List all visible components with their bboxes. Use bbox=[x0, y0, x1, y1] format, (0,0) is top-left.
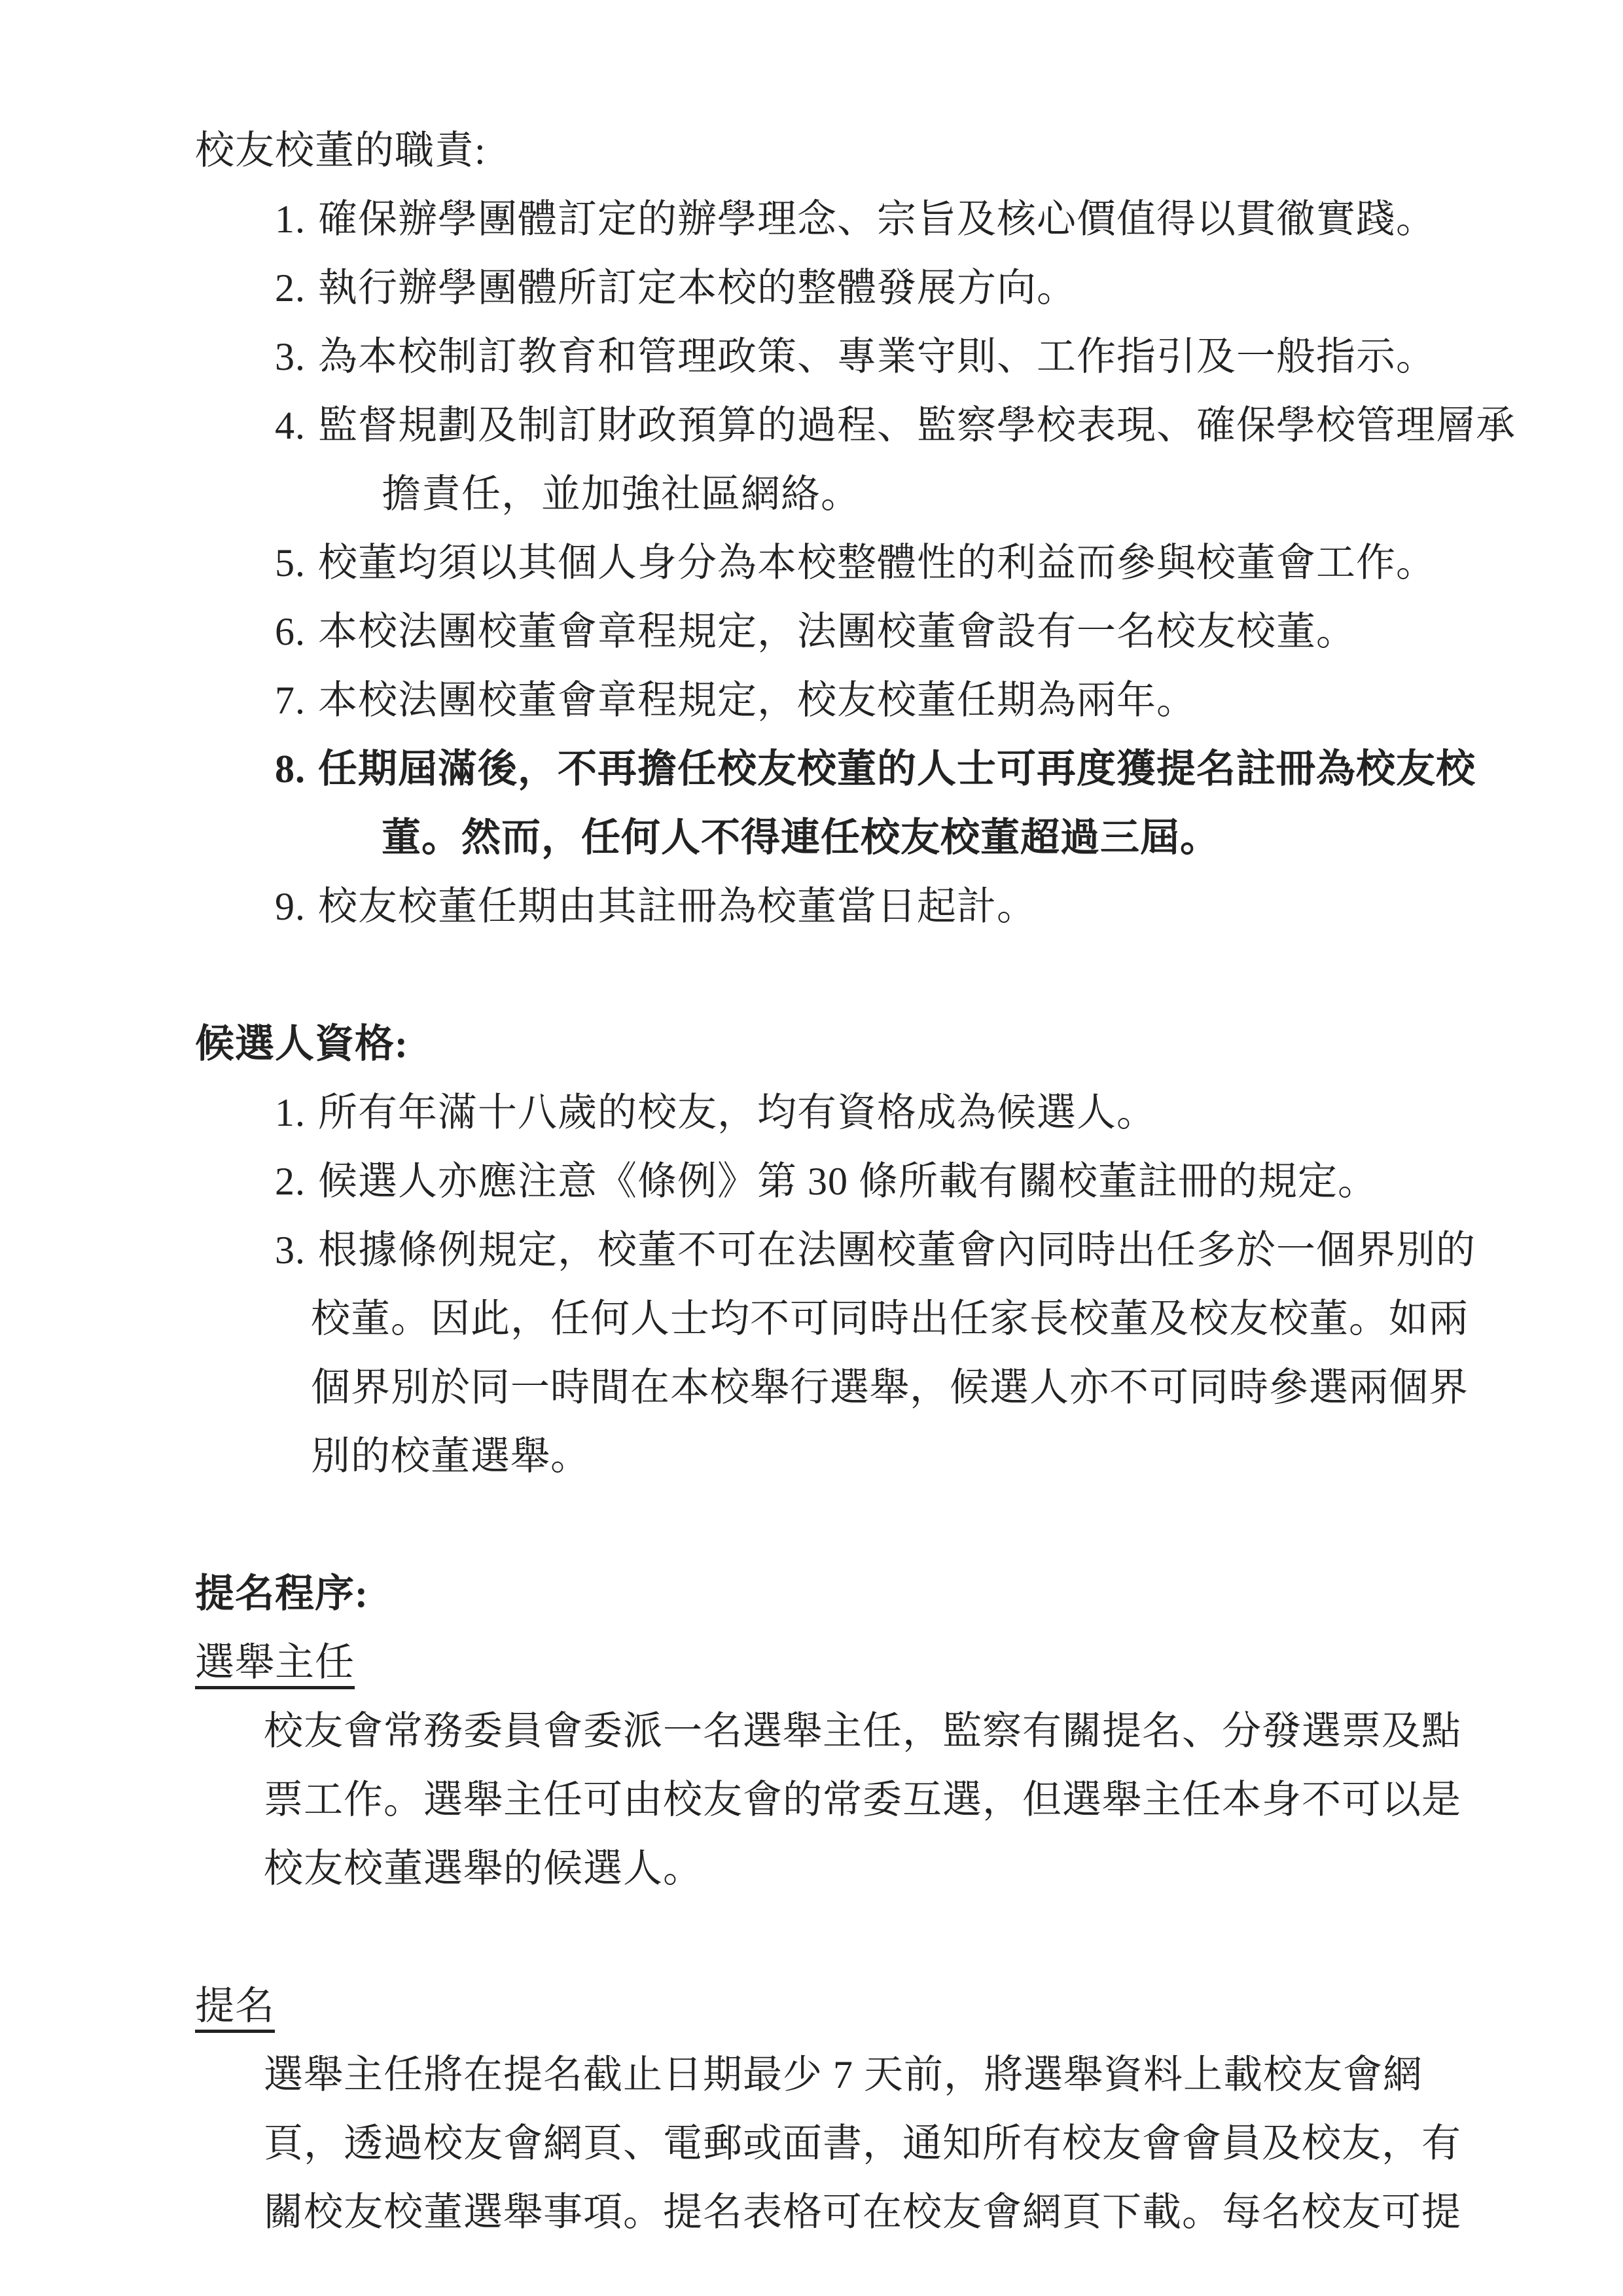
list-item: 8.任期屆滿後，不再擔任校友校董的人士可再度獲提名註冊為校友校 bbox=[275, 735, 1623, 804]
list-item: 9.校友校董任期由其註冊為校董當日起計。 bbox=[275, 872, 1623, 941]
returning-officer-paragraph: 校友會常務委員會委派一名選舉主任，監察有關提名、分發選票及點 票工作。選舉主任可… bbox=[0, 1697, 1623, 1903]
item-text: 本校法團校董會章程規定，法團校董會設有一名校友校董。 bbox=[318, 610, 1356, 653]
paragraph-line: 頁，透過校友會網頁、電郵或面書，通知所有校友會會員及校友，有 bbox=[264, 2109, 1623, 2178]
list-item-continuation: 董。然而，任何人不得連任校友校董超過三屆。 bbox=[382, 804, 1623, 872]
list-item: 6.本校法團校董會章程規定，法團校董會設有一名校友校董。 bbox=[275, 598, 1623, 666]
duties-list: 1.確保辦學團體訂定的辦學理念、宗旨及核心價值得以貫徹實踐。 2.執行辦學團體所… bbox=[0, 185, 1623, 941]
list-item: 2.執行辦學團體所訂定本校的整體發展方向。 bbox=[275, 254, 1623, 323]
list-item: 1.確保辦學團體訂定的辦學理念、宗旨及核心價值得以貫徹實踐。 bbox=[275, 185, 1623, 254]
nominate-paragraph: 選舉主任將在提名截止日期最少 7 天前，將選舉資料上載校友會網 頁，透過校友會網… bbox=[0, 2041, 1623, 2247]
blank-line bbox=[0, 1491, 1623, 1560]
item-text: 本校法團校董會章程規定，校友校董任期為兩年。 bbox=[318, 679, 1196, 722]
list-item: 3.為本校制訂教育和管理政策、專業守則、工作指引及一般指示。 bbox=[275, 323, 1623, 391]
list-item: 5.校董均須以其個人身分為本校整體性的利益而參與校董會工作。 bbox=[275, 529, 1623, 598]
eligibility-heading: 候選人資格: bbox=[195, 1010, 1623, 1079]
list-item: 7.本校法團校董會章程規定，校友校董任期為兩年。 bbox=[275, 666, 1623, 735]
list-item-continuation: 個界別於同一時間在本校舉行選舉，候選人亦不可同時參選兩個界 bbox=[311, 1354, 1623, 1422]
nomination-heading: 提名程序: bbox=[195, 1560, 1623, 1628]
list-item: 2.候選人亦應注意《條例》第 30 條所載有關校董註冊的規定。 bbox=[275, 1147, 1623, 1216]
list-item-continuation: 擔責任，並加強社區網絡。 bbox=[382, 460, 1623, 529]
list-item: 4.監督規劃及制訂財政預算的過程、監察學校表現、確保學校管理層承 bbox=[275, 391, 1623, 460]
item-number: 6. bbox=[275, 598, 318, 666]
list-item: 3.根據條例規定，校董不可在法團校董會內同時出任多於一個界別的 bbox=[275, 1216, 1623, 1285]
item-number: 8. bbox=[275, 735, 318, 804]
item-number: 7. bbox=[275, 666, 318, 735]
item-number: 2. bbox=[275, 254, 318, 323]
list-item-continuation: 校董。因此，任何人士均不可同時出任家長校董及校友校董。如兩 bbox=[311, 1285, 1623, 1354]
returning-officer-label: 選舉主任 bbox=[195, 1641, 355, 1684]
item-number: 1. bbox=[275, 185, 318, 254]
paragraph-line: 票工作。選舉主任可由校友會的常委互選，但選舉主任本身不可以是 bbox=[264, 1766, 1623, 1835]
document-page: 校友校董的職責: 1.確保辦學團體訂定的辦學理念、宗旨及核心價值得以貫徹實踐。 … bbox=[0, 0, 1623, 2296]
item-text: 根據條例規定，校董不可在法團校董會內同時出任多於一個界別的 bbox=[318, 1229, 1476, 1272]
nominate-label: 提名 bbox=[195, 1984, 275, 2028]
item-text: 監督規劃及制訂財政預算的過程、監察學校表現、確保學校管理層承 bbox=[318, 404, 1516, 447]
blank-line bbox=[0, 1903, 1623, 1972]
item-text: 執行辦學團體所訂定本校的整體發展方向。 bbox=[318, 266, 1077, 310]
item-number: 5. bbox=[275, 529, 318, 598]
paragraph-line: 校友校董選舉的候選人。 bbox=[264, 1835, 1623, 1903]
paragraph-line: 關校友校董選舉事項。提名表格可在校友會網頁下載。每名校友可提 bbox=[264, 2178, 1623, 2247]
list-item-continuation: 別的校董選舉。 bbox=[311, 1422, 1623, 1491]
blank-line bbox=[0, 941, 1623, 1010]
item-number: 3. bbox=[275, 323, 318, 391]
item-text: 為本校制訂教育和管理政策、專業守則、工作指引及一般指示。 bbox=[318, 335, 1436, 378]
item-number: 9. bbox=[275, 872, 318, 941]
item-text: 校董均須以其個人身分為本校整體性的利益而參與校董會工作。 bbox=[318, 541, 1436, 584]
returning-officer-subheading: 選舉主任 bbox=[195, 1628, 1623, 1697]
item-text: 候選人亦應注意《條例》第 30 條所載有關校董註冊的規定。 bbox=[318, 1160, 1378, 1203]
duties-heading: 校友校董的職責: bbox=[195, 117, 1623, 185]
item-number: 2. bbox=[275, 1147, 318, 1216]
item-text: 任期屆滿後，不再擔任校友校董的人士可再度獲提名註冊為校友校 bbox=[318, 747, 1476, 791]
eligibility-list: 1.所有年滿十八歲的校友，均有資格成為候選人。 2.候選人亦應注意《條例》第 3… bbox=[0, 1079, 1623, 1491]
item-text: 校友校董任期由其註冊為校董當日起計。 bbox=[318, 885, 1037, 928]
item-number: 1. bbox=[275, 1079, 318, 1147]
item-text: 確保辦學團體訂定的辦學理念、宗旨及核心價值得以貫徹實踐。 bbox=[318, 198, 1436, 241]
paragraph-line: 選舉主任將在提名截止日期最少 7 天前，將選舉資料上載校友會網 bbox=[264, 2041, 1623, 2109]
item-text: 所有年滿十八歲的校友，均有資格成為候選人。 bbox=[318, 1091, 1156, 1134]
paragraph-line: 校友會常務委員會委派一名選舉主任，監察有關提名、分發選票及點 bbox=[264, 1697, 1623, 1766]
item-number: 4. bbox=[275, 391, 318, 460]
list-item: 1.所有年滿十八歲的校友，均有資格成為候選人。 bbox=[275, 1079, 1623, 1147]
nominate-subheading: 提名 bbox=[195, 1972, 1623, 2041]
item-number: 3. bbox=[275, 1216, 318, 1285]
